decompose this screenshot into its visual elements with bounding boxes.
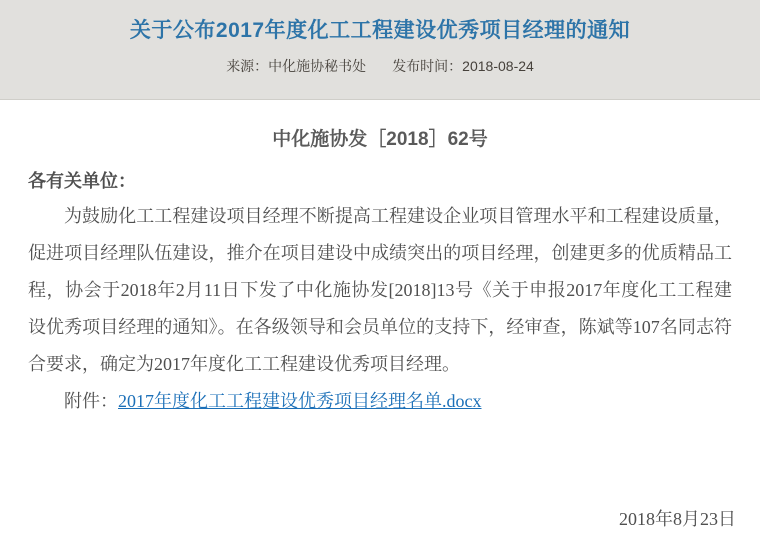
notice-page: 关于公布2017年度化工工程建设优秀项目经理的通知 来源：中化施协秘书处发布时间… — [0, 0, 760, 544]
attachment-label: 附件： — [64, 391, 118, 411]
article-meta: 来源：中化施协秘书处发布时间：2018-08-24 — [0, 56, 760, 76]
article-header: 关于公布2017年度化工工程建设优秀项目经理的通知 来源：中化施协秘书处发布时间… — [0, 0, 760, 100]
article-title: 关于公布2017年度化工工程建设优秀项目经理的通知 — [0, 17, 760, 45]
attachment-line: 附件：2017年度化工工程建设优秀项目经理名单.docx — [28, 383, 732, 420]
article-body: 中化施协发［2018］62号 各有关单位： 为鼓励化工工程建设项目经理不断提高工… — [0, 126, 760, 420]
source-label: 来源：中化施协秘书处 — [226, 58, 366, 74]
attachment-link[interactable]: 2017年度化工工程建设优秀项目经理名单.docx — [118, 391, 482, 411]
signature-date: 2018年8月23日 — [619, 506, 736, 532]
salutation: 各有关单位： — [28, 168, 732, 194]
publish-time-label: 发布时间：2018-08-24 — [392, 58, 534, 74]
doc-number: 中化施协发［2018］62号 — [0, 126, 760, 153]
body-paragraph: 为鼓励化工工程建设项目经理不断提高工程建设企业项目管理水平和工程建设质量，促进项… — [28, 198, 732, 383]
